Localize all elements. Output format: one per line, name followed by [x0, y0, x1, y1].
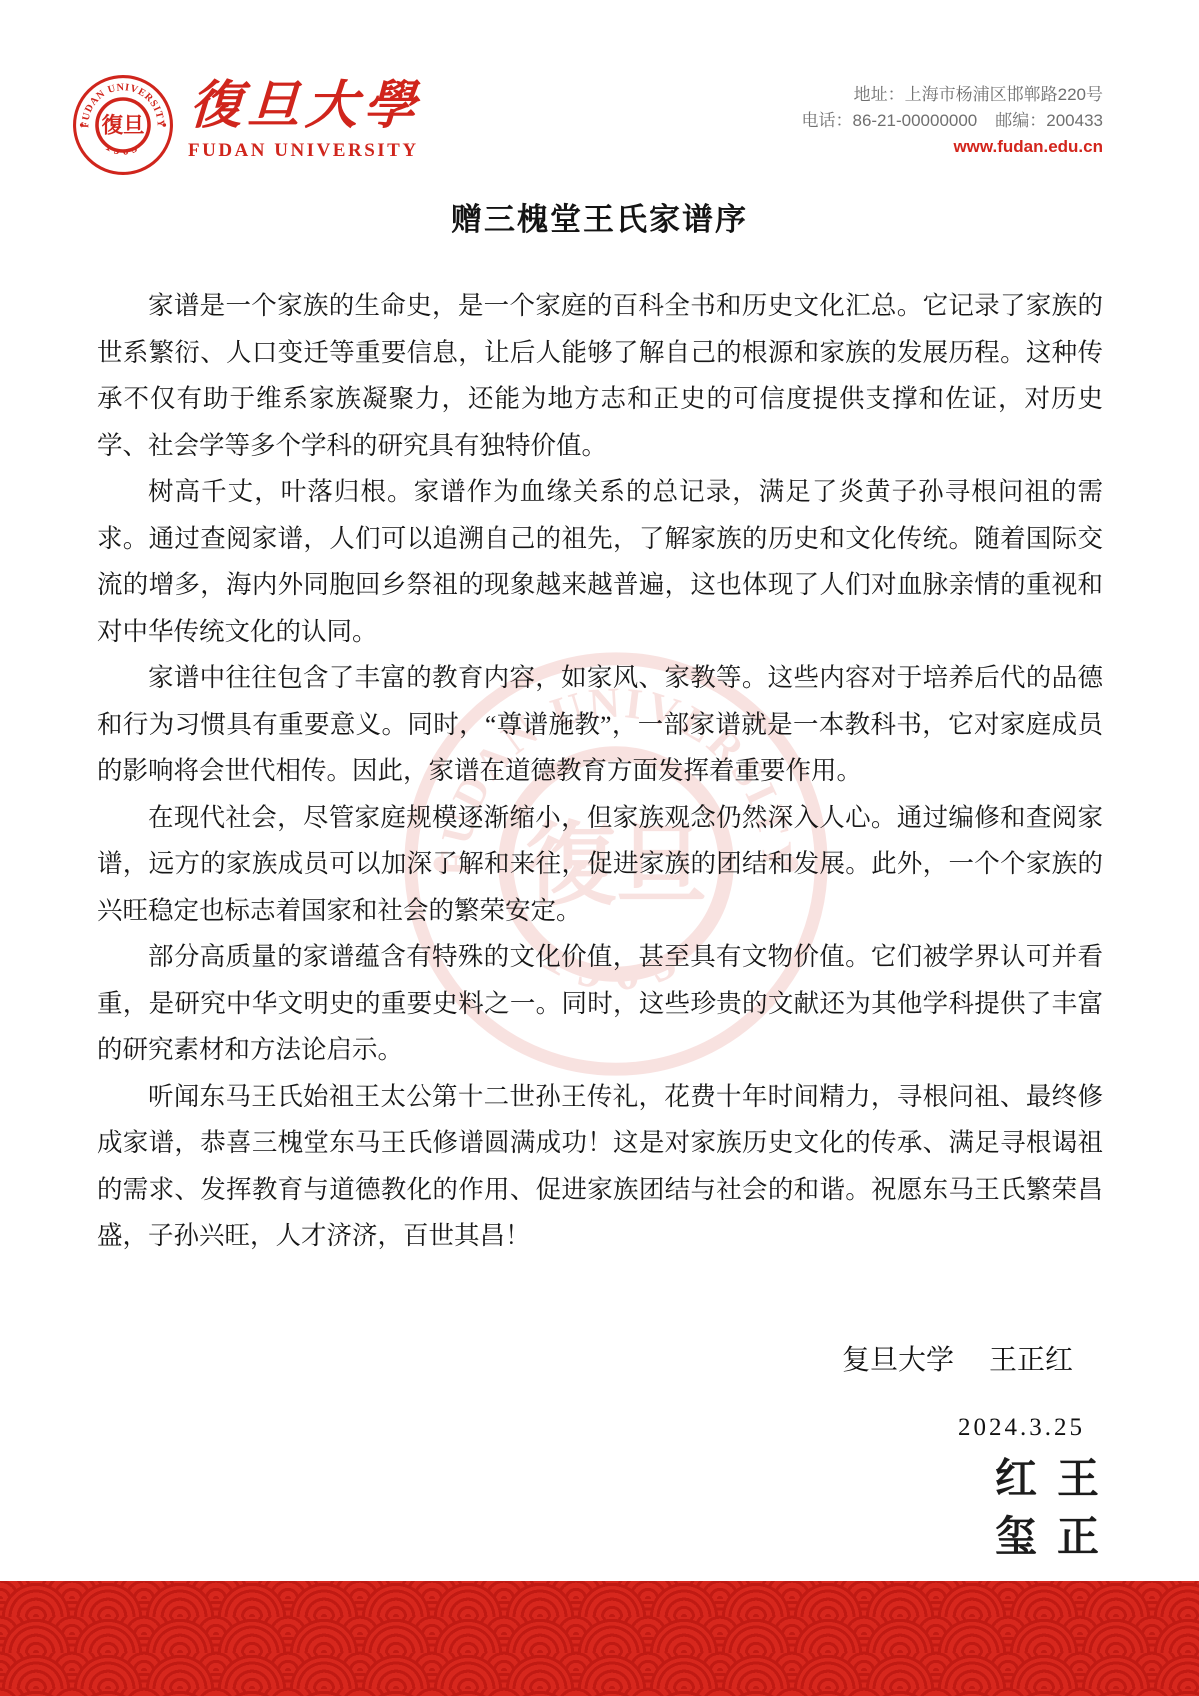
contact-phone: 电话：86-21-00000000	[801, 111, 977, 130]
letter-page: FUDAN UNIVERSITY 1905 復旦 復旦大學 FUDAN UNIV	[0, 0, 1199, 1696]
body-paragraph: 树高千丈，叶落归根。家谱作为血缘关系的总记录，满足了炎黄子孙寻根问祖的需求。通过…	[97, 469, 1103, 655]
contact-phone-line: 电话：86-21-00000000邮编：200433	[801, 108, 1103, 134]
contact-block: 地址：上海市杨浦区邯郸路220号 电话：86-21-00000000邮编：200…	[801, 82, 1103, 160]
contact-address: 地址：上海市杨浦区邯郸路220号	[801, 82, 1103, 108]
contact-website[interactable]: www.fudan.edu.cn	[801, 134, 1103, 160]
body-paragraph: 在现代社会，尽管家庭规模逐渐缩小，但家族观念仍然深入人心。通过编修和查阅家谱，远…	[97, 795, 1103, 935]
signature-line: 复旦大学 王正红	[842, 1338, 1073, 1378]
name-seal-stamp: 红 王 玺 正	[993, 1450, 1101, 1560]
body-paragraph: 听闻东马王氏始祖王太公第十二世孙王传礼，花费十年时间精力，寻根问祖、最终修成家谱…	[97, 1074, 1103, 1260]
body-paragraph: 家谱中往往包含了丰富的教育内容，如家风、家教等。这些内容对于培养后代的品德和行为…	[97, 655, 1103, 795]
footer-wave-band	[0, 1581, 1199, 1696]
brand-text: 復旦大學 FUDAN UNIVERSITY	[188, 74, 420, 162]
letterhead: 復旦大學 FUDAN UNIVERSITY 地址：上海市杨浦区邯郸路220号 电…	[72, 74, 1103, 176]
document-title: 赠三槐堂王氏家谱序	[0, 194, 1199, 239]
fudan-seal-logo	[72, 74, 174, 176]
document-body: 家谱是一个家族的生命史，是一个家庭的百科全书和历史文化汇总。它记录了家族的世系繁…	[97, 283, 1103, 1260]
seal-char-wang: 王	[1055, 1450, 1101, 1502]
body-paragraph: 部分高质量的家谱蕴含有特殊的文化价值，甚至具有文物价值。它们被学界认可并看重，是…	[97, 934, 1103, 1074]
body-paragraph: 家谱是一个家族的生命史，是一个家庭的百科全书和历史文化汇总。它记录了家族的世系繁…	[97, 283, 1103, 469]
university-name-english: FUDAN UNIVERSITY	[188, 140, 420, 162]
university-name-calligraphy: 復旦大學	[188, 80, 423, 135]
seal-char-zheng: 正	[1055, 1508, 1101, 1560]
seal-char-hong: 红	[993, 1450, 1039, 1502]
seal-char-xi: 玺	[993, 1508, 1039, 1560]
brand-block: 復旦大學 FUDAN UNIVERSITY	[72, 74, 420, 176]
contact-postcode: 邮编：200433	[995, 111, 1103, 130]
document-date: 2024.3.25	[958, 1414, 1085, 1442]
